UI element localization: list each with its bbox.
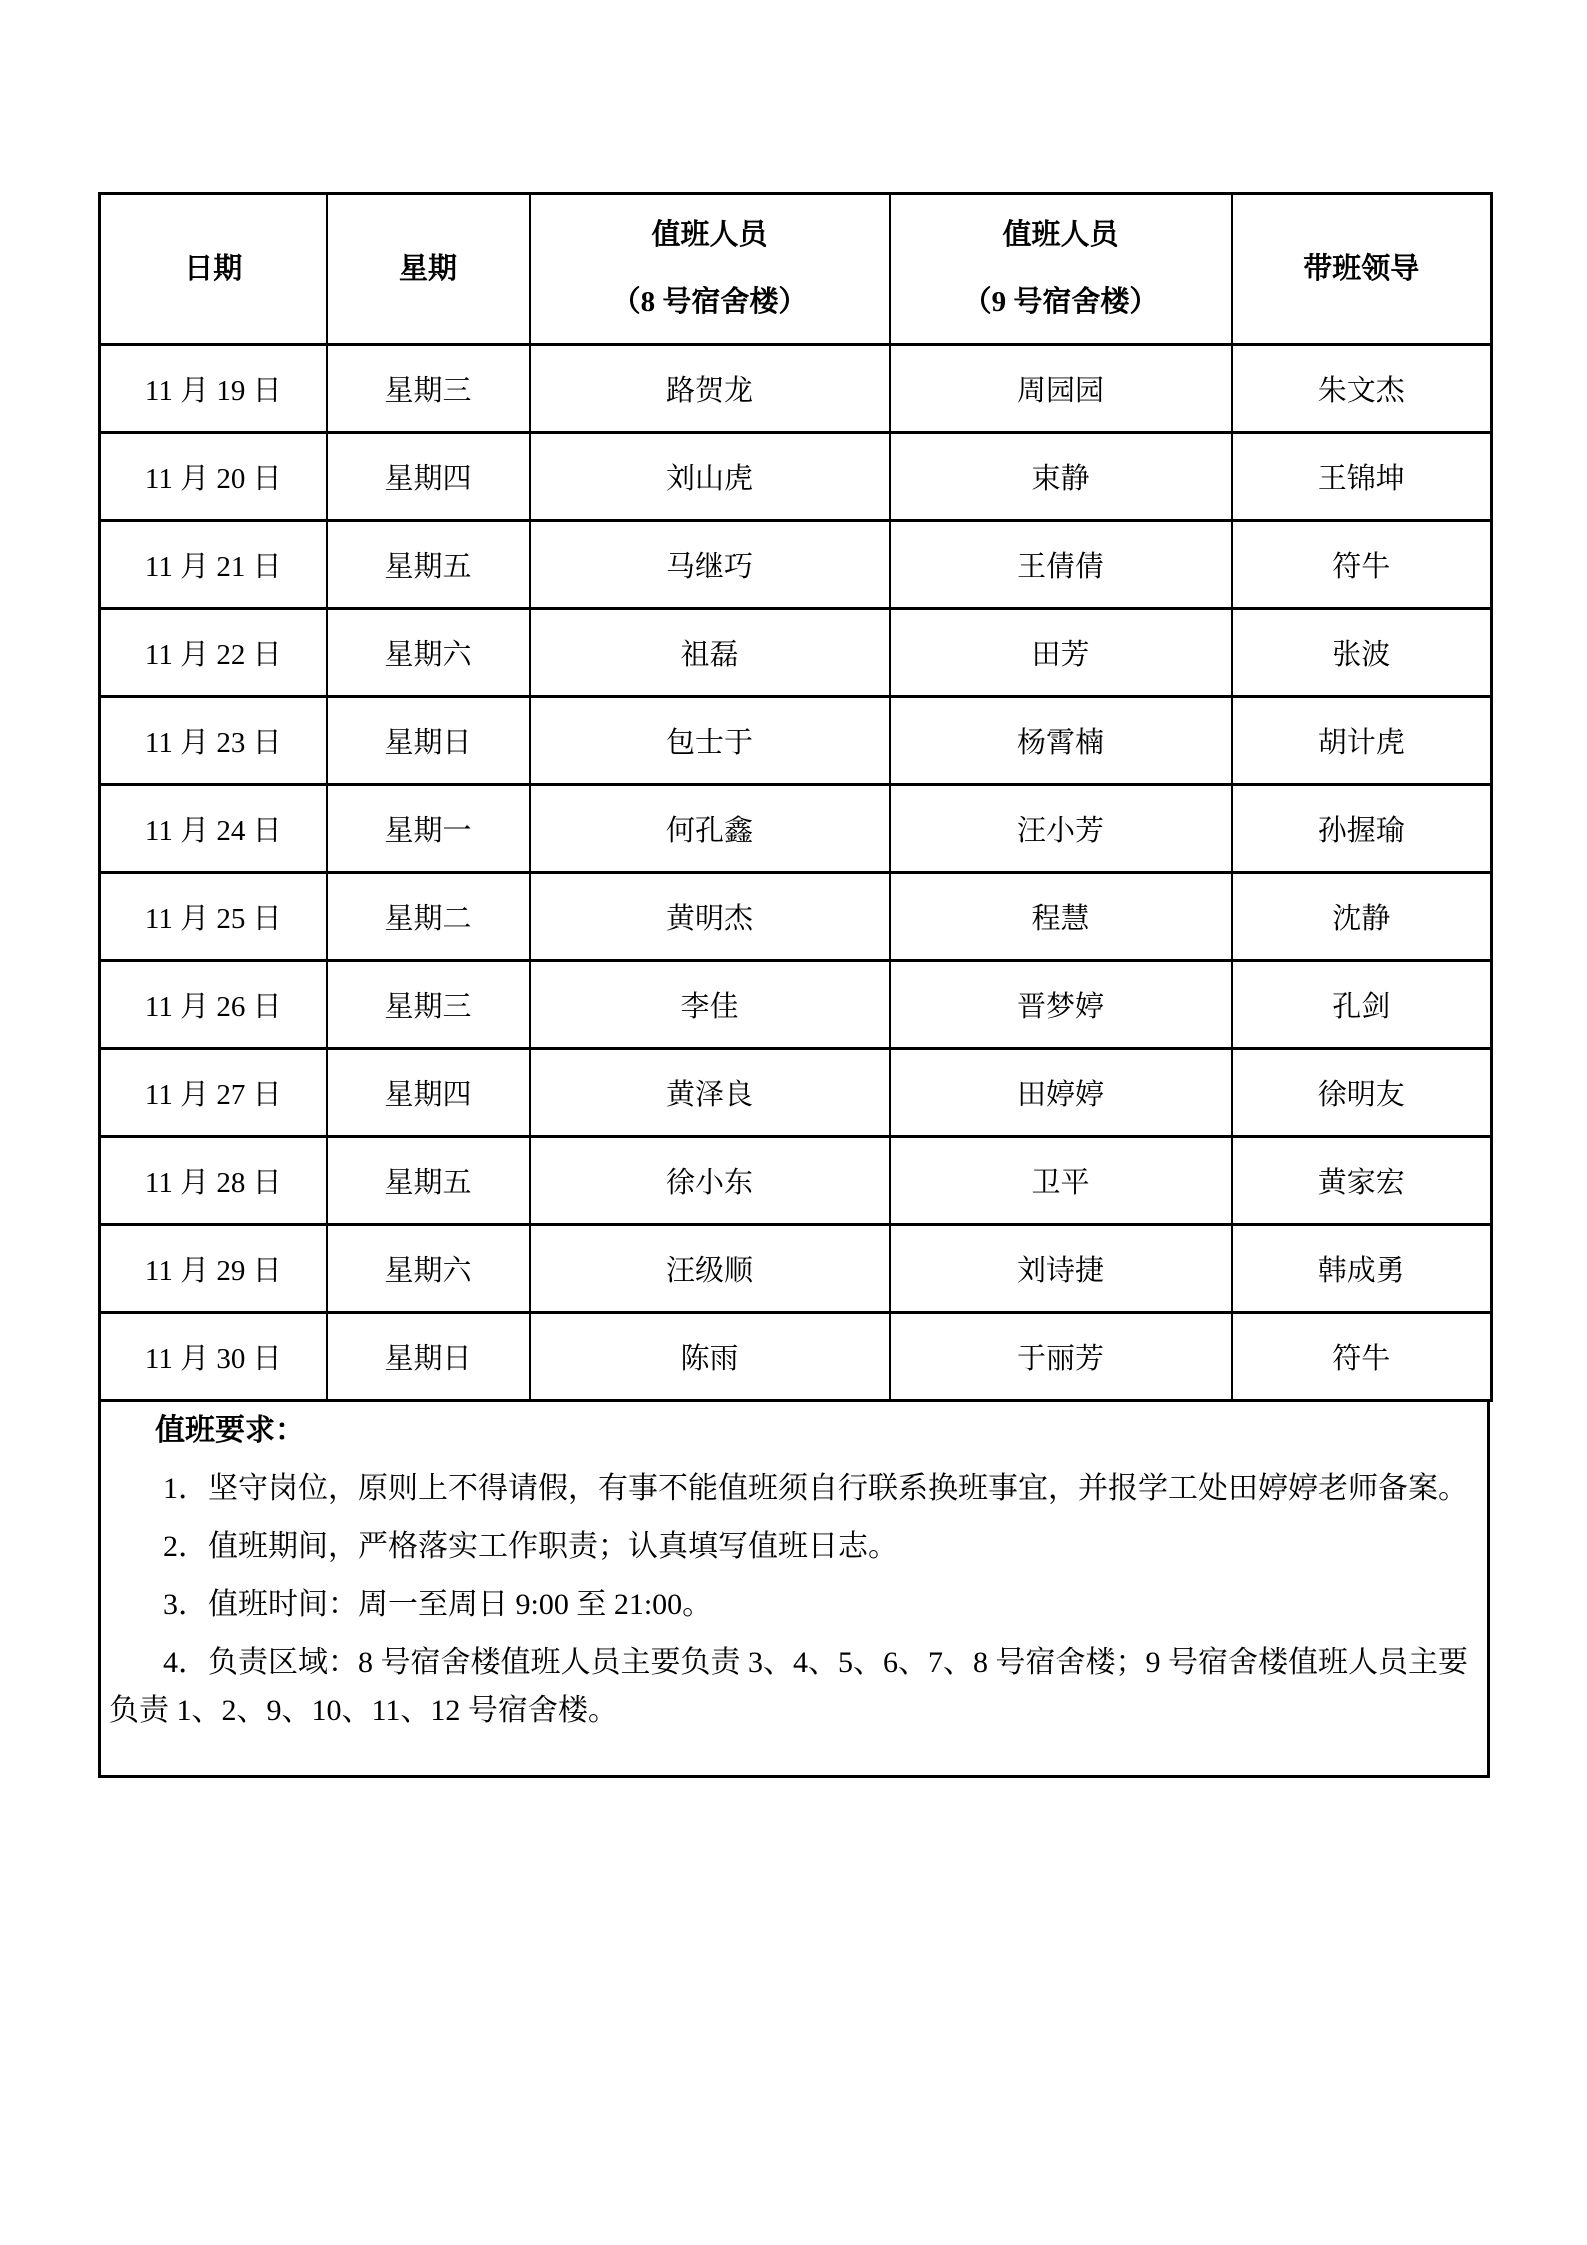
cell-weekday: 星期二 bbox=[327, 873, 530, 961]
header-person9-label: 值班人员 bbox=[1002, 219, 1118, 251]
cell-weekday: 星期六 bbox=[327, 1225, 530, 1313]
cell-date: 11 月 30 日 bbox=[100, 1313, 327, 1401]
cell-person-bldg9: 杨霄楠 bbox=[890, 697, 1232, 785]
cell-date: 11 月 27 日 bbox=[100, 1049, 327, 1137]
cell-person-bldg8: 祖磊 bbox=[530, 609, 890, 697]
table-row: 11 月 25 日 星期二 黄明杰 程慧 沈静 bbox=[100, 873, 1492, 961]
cell-date: 11 月 19 日 bbox=[100, 345, 327, 433]
table-row: 11 月 22 日 星期六 祖磊 田芳 张波 bbox=[100, 609, 1492, 697]
duty-requirement-item-3: 3．值班时间：周一至周日 9:00 至 21:00。 bbox=[109, 1581, 1479, 1629]
cell-leader: 张波 bbox=[1232, 609, 1492, 697]
header-cell-leader: 带班领导 bbox=[1232, 194, 1492, 345]
cell-person-bldg8: 马继巧 bbox=[530, 521, 890, 609]
cell-person-bldg9: 田婷婷 bbox=[890, 1049, 1232, 1137]
cell-leader: 黄家宏 bbox=[1232, 1137, 1492, 1225]
cell-weekday: 星期五 bbox=[327, 521, 530, 609]
cell-weekday: 星期三 bbox=[327, 345, 530, 433]
cell-person-bldg9: 周园园 bbox=[890, 345, 1232, 433]
cell-person-bldg8: 路贺龙 bbox=[530, 345, 890, 433]
header-person8-sub: （8 号宿舍楼） bbox=[531, 285, 889, 320]
table-row: 11 月 19 日 星期三 路贺龙 周园园 朱文杰 bbox=[100, 345, 1492, 433]
cell-person-bldg8: 何孔鑫 bbox=[530, 785, 890, 873]
cell-weekday: 星期三 bbox=[327, 961, 530, 1049]
table-row: 11 月 23 日 星期日 包士于 杨霄楠 胡计虎 bbox=[100, 697, 1492, 785]
cell-person-bldg8: 包士于 bbox=[530, 697, 890, 785]
table-row: 11 月 21 日 星期五 马继巧 王倩倩 符牛 bbox=[100, 521, 1492, 609]
cell-weekday: 星期六 bbox=[327, 609, 530, 697]
cell-leader: 韩成勇 bbox=[1232, 1225, 1492, 1313]
cell-date: 11 月 26 日 bbox=[100, 961, 327, 1049]
header-cell-date: 日期 bbox=[100, 194, 327, 345]
cell-leader: 胡计虎 bbox=[1232, 697, 1492, 785]
cell-person-bldg8: 徐小东 bbox=[530, 1137, 890, 1225]
cell-person-bldg9: 程慧 bbox=[890, 873, 1232, 961]
cell-leader: 沈静 bbox=[1232, 873, 1492, 961]
cell-person-bldg9: 晋梦婷 bbox=[890, 961, 1232, 1049]
cell-person-bldg9: 王倩倩 bbox=[890, 521, 1232, 609]
cell-person-bldg9: 束静 bbox=[890, 433, 1232, 521]
cell-weekday: 星期四 bbox=[327, 433, 530, 521]
cell-leader: 王锦坤 bbox=[1232, 433, 1492, 521]
cell-date: 11 月 25 日 bbox=[100, 873, 327, 961]
header-leader-label: 带班领导 bbox=[1303, 253, 1419, 285]
header-row: 日期 星期 值班人员（8 号宿舍楼） 值班人员（9 号宿舍楼） 带班领导 bbox=[100, 194, 1492, 345]
duty-roster-page: 日期 星期 值班人员（8 号宿舍楼） 值班人员（9 号宿舍楼） 带班领导 11 … bbox=[0, 0, 1587, 2245]
cell-person-bldg8: 陈雨 bbox=[530, 1313, 890, 1401]
cell-weekday: 星期一 bbox=[327, 785, 530, 873]
duty-requirement-item-4: 4．负责区域：8 号宿舍楼值班人员主要负责 3、4、5、6、7、8 号宿舍楼；9… bbox=[109, 1639, 1479, 1735]
cell-person-bldg8: 汪级顺 bbox=[530, 1225, 890, 1313]
cell-person-bldg8: 刘山虎 bbox=[530, 433, 890, 521]
duty-requirements-section: 值班要求： 1．坚守岗位，原则上不得请假，有事不能值班须自行联系换班事宜，并报学… bbox=[98, 1399, 1490, 1778]
cell-leader: 孙握瑜 bbox=[1232, 785, 1492, 873]
header-cell-person-bldg8: 值班人员（8 号宿舍楼） bbox=[530, 194, 890, 345]
cell-leader: 符牛 bbox=[1232, 521, 1492, 609]
cell-date: 11 月 23 日 bbox=[100, 697, 327, 785]
header-cell-person-bldg9: 值班人员（9 号宿舍楼） bbox=[890, 194, 1232, 345]
duty-roster-table: 日期 星期 值班人员（8 号宿舍楼） 值班人员（9 号宿舍楼） 带班领导 11 … bbox=[98, 192, 1493, 1402]
cell-person-bldg8: 李佳 bbox=[530, 961, 890, 1049]
cell-date: 11 月 21 日 bbox=[100, 521, 327, 609]
table-row: 11 月 28 日 星期五 徐小东 卫平 黄家宏 bbox=[100, 1137, 1492, 1225]
table-row: 11 月 26 日 星期三 李佳 晋梦婷 孔剑 bbox=[100, 961, 1492, 1049]
table-row: 11 月 30 日 星期日 陈雨 于丽芳 符牛 bbox=[100, 1313, 1492, 1401]
cell-leader: 徐明友 bbox=[1232, 1049, 1492, 1137]
cell-leader: 孔剑 bbox=[1232, 961, 1492, 1049]
header-person8-label: 值班人员 bbox=[651, 219, 767, 251]
header-date-label: 日期 bbox=[184, 253, 242, 285]
cell-date: 11 月 22 日 bbox=[100, 609, 327, 697]
table-row: 11 月 29 日 星期六 汪级顺 刘诗捷 韩成勇 bbox=[100, 1225, 1492, 1313]
cell-person-bldg9: 田芳 bbox=[890, 609, 1232, 697]
duty-requirements-title: 值班要求： bbox=[109, 1407, 1479, 1455]
cell-person-bldg9: 刘诗捷 bbox=[890, 1225, 1232, 1313]
cell-date: 11 月 28 日 bbox=[100, 1137, 327, 1225]
cell-date: 11 月 24 日 bbox=[100, 785, 327, 873]
cell-leader: 符牛 bbox=[1232, 1313, 1492, 1401]
cell-weekday: 星期日 bbox=[327, 1313, 530, 1401]
header-person9-sub: （9 号宿舍楼） bbox=[891, 285, 1231, 320]
cell-person-bldg9: 汪小芳 bbox=[890, 785, 1232, 873]
cell-date: 11 月 20 日 bbox=[100, 433, 327, 521]
cell-person-bldg9: 卫平 bbox=[890, 1137, 1232, 1225]
cell-weekday: 星期日 bbox=[327, 697, 530, 785]
header-weekday-label: 星期 bbox=[399, 253, 457, 285]
cell-weekday: 星期四 bbox=[327, 1049, 530, 1137]
cell-person-bldg8: 黄泽良 bbox=[530, 1049, 890, 1137]
table-row: 11 月 20 日 星期四 刘山虎 束静 王锦坤 bbox=[100, 433, 1492, 521]
cell-person-bldg9: 于丽芳 bbox=[890, 1313, 1232, 1401]
cell-date: 11 月 29 日 bbox=[100, 1225, 327, 1313]
header-cell-weekday: 星期 bbox=[327, 194, 530, 345]
duty-requirement-item-2: 2．值班期间，严格落实工作职责；认真填写值班日志。 bbox=[109, 1523, 1479, 1571]
table-row: 11 月 24 日 星期一 何孔鑫 汪小芳 孙握瑜 bbox=[100, 785, 1492, 873]
duty-requirement-item-1: 1．坚守岗位，原则上不得请假，有事不能值班须自行联系换班事宜，并报学工处田婷婷老… bbox=[109, 1465, 1479, 1513]
cell-leader: 朱文杰 bbox=[1232, 345, 1492, 433]
table-row: 11 月 27 日 星期四 黄泽良 田婷婷 徐明友 bbox=[100, 1049, 1492, 1137]
cell-weekday: 星期五 bbox=[327, 1137, 530, 1225]
cell-person-bldg8: 黄明杰 bbox=[530, 873, 890, 961]
